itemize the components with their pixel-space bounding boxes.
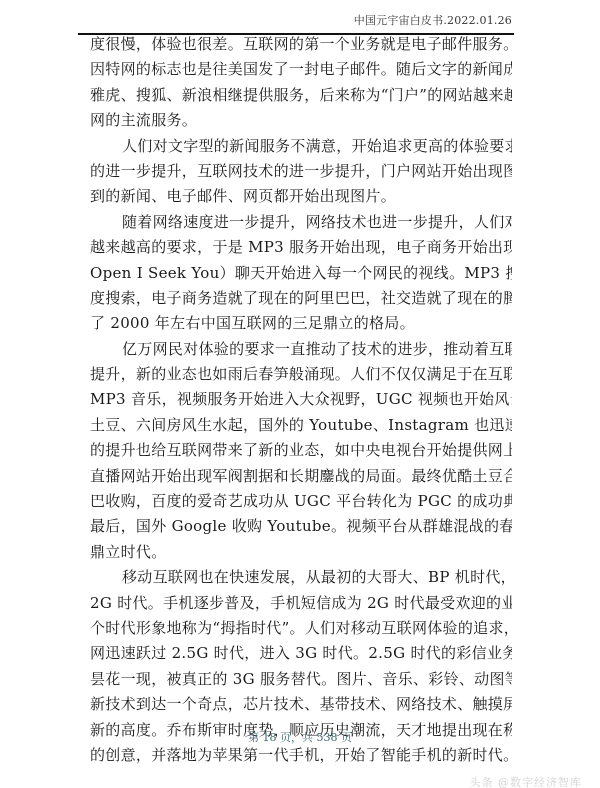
text-line: 2G 时代。手机逐步普及，手机短信成为 2G 时代最受欢迎的业务，我们甚至把那 — [90, 591, 512, 616]
text-line: 雅虎、搜狐、新浪相继提供服务，后来称为“门户”的网站越来越多，成为互联 — [90, 83, 512, 108]
text-line: Open I Seek You）聊天开始进入每一个网民的视线。MP3 搜索造就了… — [90, 261, 512, 286]
text-line: 因特网的标志也是往美国发了一封电子邮件。随后文字的新闻成为互联网的热点， — [90, 57, 512, 82]
document-title: 中国元宇宙白皮书.2022.01.26 — [354, 12, 512, 28]
text-line: 巴收购，百度的爱奇艺成功从 UGC 平台转化为 PGC 的成功典范，腾讯视频也笑… — [90, 489, 512, 514]
text-line: 网的主流服务。 — [90, 108, 512, 133]
text-line: 度很慢，体验也很差。互联网的第一个业务就是电子邮件服务。中国互联网介入 — [90, 32, 512, 57]
paragraph-start-line: 人们对文字型的新闻服务不满意，开始追求更高的体验要求，加上网络速度 — [90, 134, 512, 159]
paragraph-start-line: 随着网络速度进一步提升，网络技术也进一步提升，人们对互联网体验提出 — [90, 210, 512, 235]
text-line: 最后，国外 Google 收购 Youtube。视频平台从群雄混战的春秋时代进入… — [90, 514, 512, 539]
paragraph-start-line: 亿万网民对体验的要求一直推动了技术的进步，推动着互联网网速的进一步 — [90, 337, 512, 362]
text-line: MP3 音乐，视频服务开始进入大众视野，UGC 视频也开始风云际会。国内的优酷、 — [90, 387, 512, 412]
text-line: 到的新闻、电子邮件、网页都开始出现图片。 — [90, 184, 512, 209]
text-line: 网迅速跃过 2.5G 时代，进入 3G 时代。2.5G 时代的彩信业务看上去很美… — [90, 641, 512, 666]
text-line: 鼎立时代。 — [90, 540, 512, 565]
text-line: 直播网站开始出现军阀割据和长期鏖战的局面。最终优酷土豆合并，且被阿里巴 — [90, 464, 512, 489]
text-line: 新技术到达一个奇点，芯片技术、基带技术、网络技术、触摸屏技术等达到一个 — [90, 692, 512, 717]
watermark: 头条 @数字经济智库 — [470, 774, 583, 788]
text-line: 的进一步提升，互联网技术的进一步提升，门户网站开始出现图片服务。我们看 — [90, 159, 512, 184]
text-line: 土豆、六间房风生水起，国外的 Youtube、Instagram 也迅速的攻城略… — [90, 413, 512, 438]
text-line: 了 2000 年左右中国互联网的三足鼎立的格局。 — [90, 311, 512, 336]
text-line: 昙花一现，被真正的 3G 服务替代。图片、音乐、彩铃、动图等服务涌现。各种 — [90, 667, 512, 692]
text-line: 的提升也给互联网带来了新的业态，如中央电视台开始提供网上电视服务，各种 — [90, 438, 512, 463]
text-line: 提升，新的业态也如雨后春笋般涌现。人们不仅仅满足于在互联网听听盗版的 — [90, 362, 512, 387]
text-line: 越来越高的要求，于是 MP3 服务开始出现，电子商务开始出现，QQ(最先叫 OI… — [90, 235, 512, 260]
page-number: 第 18 页，共 538 页 — [0, 729, 600, 745]
paragraph-start-line: 移动互联网也在快速发展，从最初的大哥大、BP 机时代，快速跑步进入了 — [90, 565, 512, 590]
text-line: 个时代形象地称为“拇指时代”。人们对移动互联网体验的追求，促使移动互联 — [90, 616, 512, 641]
text-line: 的创意，并落地为苹果第一代手机，开始了智能手机的新时代。4G 在中国的快速 — [90, 743, 512, 768]
text-line: 度搜索，电子商务造就了现在的阿里巴巴，社交造就了现在的腾讯，BAT 格局成 — [90, 286, 512, 311]
document-body: 度很慢，体验也很差。互联网的第一个业务就是电子邮件服务。中国互联网介入因特网的标… — [90, 32, 512, 768]
